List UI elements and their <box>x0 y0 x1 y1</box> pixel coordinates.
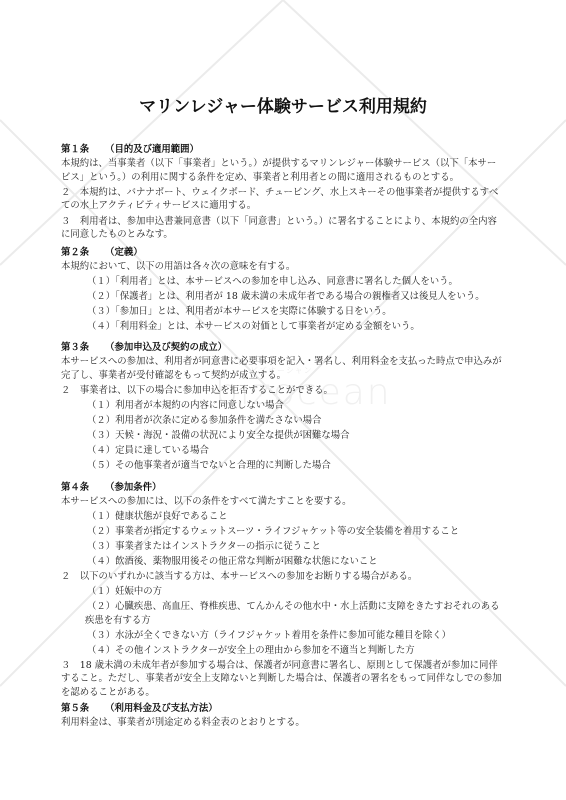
article-title: （参加条件） <box>105 482 161 493</box>
article-heading: 第２条（定義） <box>61 246 505 260</box>
paragraph: ３ 利用者は、参加申込書兼同意書（以下「同意書」という。）に署名することにより、… <box>61 215 505 242</box>
article-title: （定義） <box>105 247 143 258</box>
list-item: （２）「保護者」とは、利用者が 18 歳未満の未成年者である場合の親権者又は後見… <box>61 290 505 304</box>
paragraph: ３ 18 歳未満の未成年者が参加する場合は、保護者が同意書に署名し、原則として保… <box>61 659 505 700</box>
article-3: 第３条（参加申込及び契約の成立） 本サービスへの参加は、利用者が同意書に必要事項… <box>61 341 505 474</box>
list-item: （４）飲酒後、薬物服用後その他正常な判断が困難な状態にないこと <box>61 555 505 569</box>
article-5: 第５条（利用料金及び支払方法） 利用料金は、事業者が別途定める料金表のとおりとす… <box>61 702 505 731</box>
article-heading: 第１条（目的及び適用範囲） <box>61 143 505 157</box>
article-number: 第３条 <box>61 342 89 353</box>
article-number: 第５条 <box>61 703 89 714</box>
list-item: （４）定員に達している場合 <box>61 444 505 458</box>
paragraph: 本規約は、当事業者（以下「事業者」という。）が提供するマリンレジャー体験サービス… <box>61 157 505 184</box>
article-heading: 第４条（参加条件） <box>61 481 505 495</box>
article-title: （参加申込及び契約の成立） <box>105 342 227 353</box>
list-item: （３）「参加日」とは、利用者が本サービスを実際に体験する日をいう。 <box>61 305 505 319</box>
paragraph: ２ 以下のいずれかに該当する方は、本サービスへの参加をお断りする場合がある。 <box>61 570 505 584</box>
article-2: 第２条（定義） 本規約において、以下の用語は各々次の意味を有する。 （１）「利用… <box>61 246 505 335</box>
article-number: 第４条 <box>61 482 89 493</box>
article-number: 第２条 <box>61 247 89 258</box>
paragraph: 本サービスへの参加には、以下の条件をすべて満たすことを要する。 <box>61 495 505 509</box>
list-item: （４）その他インストラクターが安全上の理由から参加を不適当と判断した方 <box>61 644 505 658</box>
paragraph: ２ 本規約は、バナナボート、ウェイクボード、チュービング、水上スキーその他事業者… <box>61 186 505 213</box>
article-number: 第１条 <box>61 144 89 155</box>
list-item: （１）利用者が本規約の内容に同意しない場合 <box>61 399 505 413</box>
list-item: （３）水泳が全くできない方（ライフジャケット着用を条件に参加可能な種目を除く） <box>61 629 505 643</box>
list-item: （１）「利用者」とは、本サービスへの参加を申し込み、同意書に署名した個人をいう。 <box>61 275 505 289</box>
paragraph: ２ 事業者は、以下の場合に参加申込を拒否することができる。 <box>61 384 505 398</box>
article-1: 第１条（目的及び適用範囲） 本規約は、当事業者（以下「事業者」という。）が提供す… <box>61 143 505 243</box>
list-item: （２）利用者が次条に定める参加条件を満たさない場合 <box>61 414 505 428</box>
article-title: （利用料金及び支払方法） <box>105 703 218 714</box>
list-item: （４）「利用料金」とは、本サービスの対価として事業者が定める金額をいう。 <box>61 320 505 334</box>
paragraph: 利用料金は、事業者が別途定める料金表のとおりとする。 <box>61 716 505 730</box>
article-heading: 第３条（参加申込及び契約の成立） <box>61 341 505 355</box>
list-item: （３）天候・海況・設備の状況により安全な提供が困難な場合 <box>61 429 505 443</box>
list-item-continuation: 疾患を有する方 <box>61 614 505 628</box>
list-item: （１）妊娠中の方 <box>61 585 505 599</box>
list-item: （１）健康状態が良好であること <box>61 510 505 524</box>
list-item: （３）事業者またはインストラクターの指示に従うこと <box>61 540 505 554</box>
paragraph: 本規約において、以下の用語は各々次の意味を有する。 <box>61 260 505 274</box>
paragraph: 本サービスへの参加は、利用者が同意書に必要事項を記入・署名し、利用料金を支払った… <box>61 355 505 382</box>
document-title: マリンレジャー体験サービス利用規約 <box>61 92 505 117</box>
list-item: （２）事業者が指定するウェットスーツ・ライフジャケット等の安全装備を着用すること <box>61 525 505 539</box>
list-item: （２）心臓疾患、高血圧、脊椎疾患、てんかんその他水中・水上活動に支障をきたすおそ… <box>61 600 505 614</box>
article-heading: 第５条（利用料金及び支払方法） <box>61 702 505 716</box>
list-item: （５）その他事業者が適当でないと合理的に判断した場合 <box>61 459 505 473</box>
article-title: （目的及び適用範囲） <box>105 144 199 155</box>
article-4: 第４条（参加条件） 本サービスへの参加には、以下の条件をすべて満たすことを要する… <box>61 481 505 701</box>
